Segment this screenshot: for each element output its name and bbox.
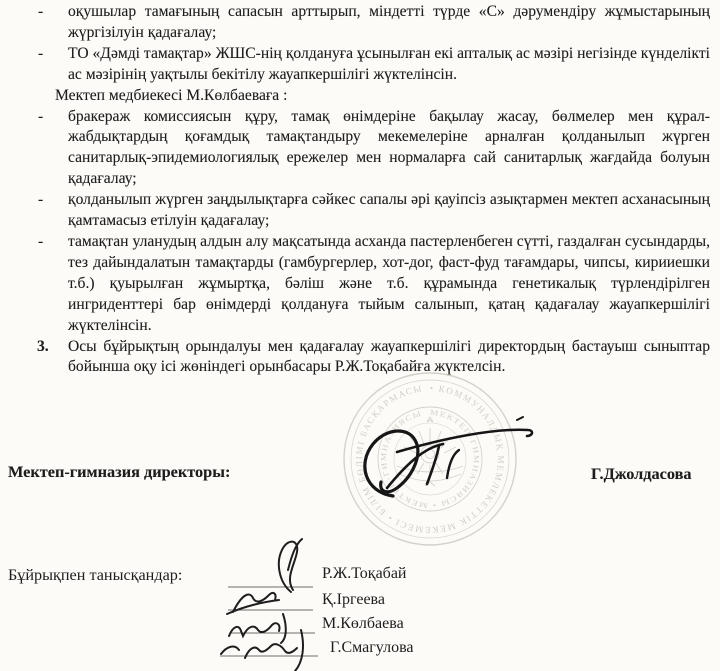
bullet-dash: - xyxy=(38,44,43,65)
paragraph-text: Мектеп медбиекесі М.Көлбаеваға : xyxy=(55,87,287,104)
lead-in-paragraph: Мектеп медбиекесі М.Көлбаеваға : xyxy=(55,86,710,107)
signer-name: Қ.Іргеева xyxy=(322,591,385,609)
document-page: - оқушылар тамағының сапасын арттырып, м… xyxy=(0,0,720,671)
signer-name: Р.Ж.Тоқабай xyxy=(322,565,406,583)
bullet-dash: - xyxy=(38,107,43,128)
director-signature xyxy=(335,400,545,515)
bullet-paragraph: - тамақтан уланудың алдын алу мақсатында… xyxy=(68,232,710,337)
signature-smagulova xyxy=(221,630,303,671)
bullet-paragraph: - бракераж комиссиясын құру, тамақ өнімд… xyxy=(68,107,710,191)
bullet-dash: - xyxy=(38,190,43,211)
signature-kolbayeva xyxy=(229,614,286,643)
acknowledgement-label: Бұйрықпен танысқандар: xyxy=(8,566,182,585)
director-label: Мектеп-гимназия директоры: xyxy=(8,462,230,482)
paragraph-text: ТО «Дәмді тамақтар» ЖШС-нің қолдануға ұс… xyxy=(68,45,710,83)
bullet-paragraph: - оқушылар тамағының сапасын арттырып, м… xyxy=(68,2,710,44)
signer-name: Г.Смагулова xyxy=(330,639,414,657)
paragraph-text: бракераж комиссиясын құру, тамақ өнімдер… xyxy=(68,108,710,188)
item-number: 3. xyxy=(37,337,49,358)
bullet-paragraph: - қолданылып жүрген заңдылықтарға сәйкес… xyxy=(68,190,710,232)
signer-name: М.Көлбаева xyxy=(322,615,404,633)
bullet-dash: - xyxy=(38,232,43,253)
bullet-paragraph: - ТО «Дәмді тамақтар» ЖШС-нің қолдануға … xyxy=(68,44,710,86)
paragraph-text: тамақтан уланудың алдын алу мақсатында а… xyxy=(68,233,710,334)
signature-irgeyeva xyxy=(227,593,279,614)
document-body: - оқушылар тамағының сапасын арттырып, м… xyxy=(0,2,720,378)
bullet-dash: - xyxy=(38,2,43,23)
paragraph-text: қолданылып жүрген заңдылықтарға сәйкес с… xyxy=(68,191,710,229)
paragraph-text: оқушылар тамағының сапасын арттырып, мін… xyxy=(68,3,710,41)
director-name: Г.Джолдасова xyxy=(591,464,692,484)
